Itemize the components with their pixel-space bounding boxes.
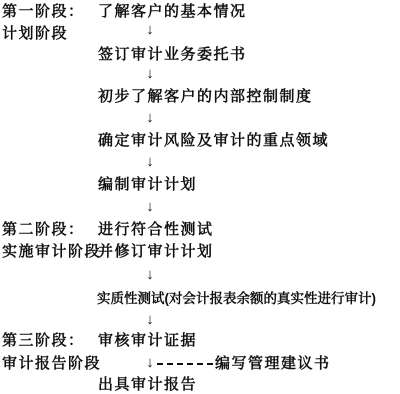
audit-process-flowchart: 第一阶段： 了解客户的基本情况 计划阶段 ↓ 签订审计业务委托书 ↓ 初步了解客… bbox=[0, 0, 400, 394]
stage-3-sublabel: 审计报告阶段 bbox=[2, 355, 101, 373]
down-arrow-icon: ↓ bbox=[142, 154, 158, 170]
flow-step-understand-internal-control: 初步了解客户的内部控制制度 bbox=[98, 88, 313, 106]
down-arrow-icon: ↓ bbox=[142, 110, 158, 126]
dashed-connector-line bbox=[157, 363, 213, 365]
flow-step-prepare-audit-plan: 编制审计计划 bbox=[98, 176, 197, 194]
down-arrow-icon: ↓ bbox=[142, 267, 158, 283]
stage-1-sublabel: 计划阶段 bbox=[2, 25, 68, 43]
flow-step-revise-audit-plan: 并修订审计计划 bbox=[98, 243, 214, 261]
stage-2-label: 第二阶段： bbox=[2, 221, 85, 239]
stage-3-label: 第三阶段： bbox=[2, 332, 85, 350]
down-arrow-icon: ↓ bbox=[142, 355, 158, 371]
flow-step-compliance-test: 进行符合性测试 bbox=[98, 221, 214, 239]
flow-step-determine-audit-risk: 确定审计风险及审计的重点领域 bbox=[98, 132, 329, 150]
down-arrow-icon: ↓ bbox=[142, 22, 158, 38]
down-arrow-icon: ↓ bbox=[142, 312, 158, 328]
flow-step-issue-audit-report: 出具审计报告 bbox=[98, 376, 197, 394]
stage-2-sublabel: 实施审计阶段 bbox=[2, 243, 101, 261]
flow-step-review-audit-evidence: 审核审计证据 bbox=[98, 332, 197, 350]
management-letter-annotation: 编写管理建议书 bbox=[215, 355, 331, 373]
flow-step-sign-engagement-letter: 签订审计业务委托书 bbox=[98, 46, 247, 64]
down-arrow-icon: ↓ bbox=[142, 199, 158, 215]
stage-1-label: 第一阶段： bbox=[2, 3, 85, 21]
flow-step-know-client: 了解客户的基本情况 bbox=[98, 3, 247, 21]
down-arrow-icon: ↓ bbox=[142, 66, 158, 82]
flow-step-substantive-test: 实质性测试(对会计报表余额的真实性进行审计) bbox=[97, 290, 376, 308]
